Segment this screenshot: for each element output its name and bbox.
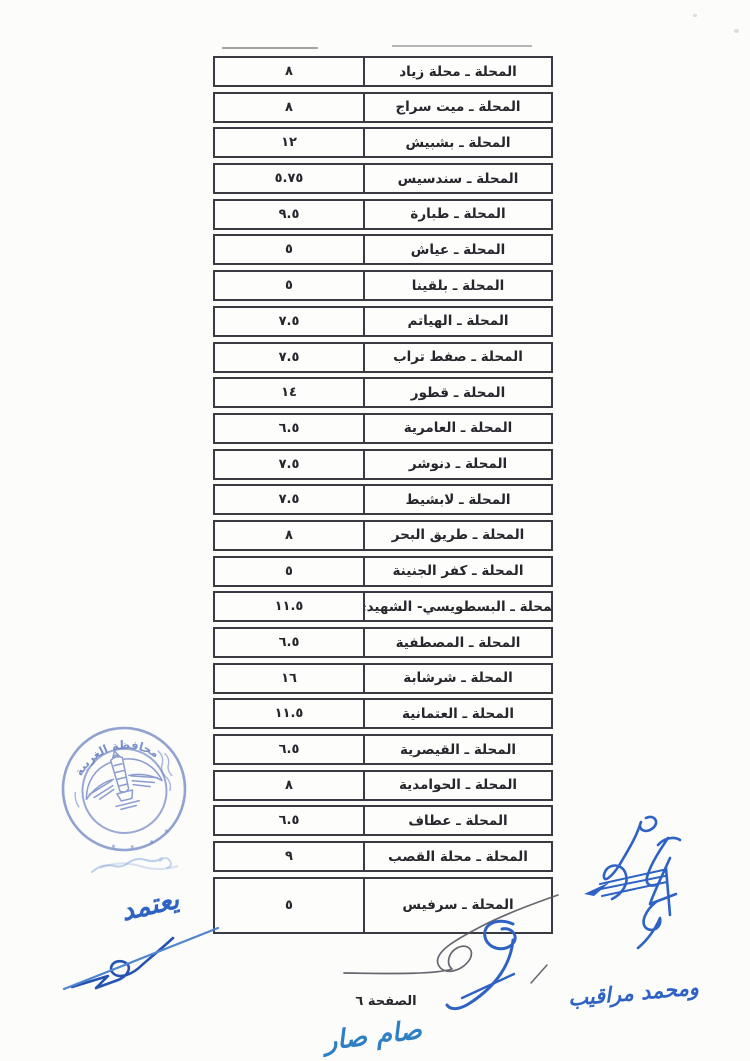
stamp-side-text-marks bbox=[69, 749, 176, 814]
signature-right bbox=[584, 817, 680, 948]
district-name: المحلة ـ بلقينا bbox=[365, 272, 551, 299]
scan-line-fragment bbox=[392, 45, 532, 47]
official-stamp: محافظة الغربية bbox=[50, 715, 198, 863]
district-value: ٨ bbox=[215, 522, 365, 549]
table-row: ١٢ المحلة ـ بشبيش bbox=[213, 127, 553, 158]
district-value: ٥ bbox=[215, 558, 365, 585]
district-name: المحلة ـ عياش bbox=[365, 236, 551, 263]
table-row: ٧.٥ المحلة ـ الهياتم bbox=[213, 306, 553, 337]
scan-speck bbox=[693, 14, 697, 17]
table-row: ٦.٥ المحلة ـ عطاف bbox=[213, 805, 553, 836]
district-value: ١٢ bbox=[215, 129, 365, 156]
table-row: ٦.٥ المحلة ـ العامرية bbox=[213, 413, 553, 444]
district-value: ٧.٥ bbox=[215, 344, 365, 371]
handwritten-bottom-note: صام صار bbox=[319, 1015, 425, 1057]
district-value: ١١.٥ bbox=[215, 593, 365, 620]
district-value: ٦.٥ bbox=[215, 415, 365, 442]
handwritten-approval: يعتمد bbox=[118, 884, 182, 927]
table-row: ٨ المحلة ـ محلة زياد bbox=[213, 56, 553, 87]
district-value: ٦.٥ bbox=[215, 629, 365, 656]
district-name: المحلة ـ محلة زياد bbox=[365, 58, 551, 85]
districts-table: ٨ المحلة ـ محلة زياد ٨ المحلة ـ ميت سراج… bbox=[213, 56, 553, 939]
scanned-document-page: ٨ المحلة ـ محلة زياد ٨ المحلة ـ ميت سراج… bbox=[0, 0, 750, 1061]
district-name: المحلة ـ كفر الجنينة bbox=[365, 558, 551, 585]
district-value: ٩.٥ bbox=[215, 201, 365, 228]
district-name: المحلة ـ القيصرية bbox=[365, 736, 551, 763]
district-name: المحلة ـ ميت سراج bbox=[365, 94, 551, 121]
district-name: المحلة ـ لابشيط bbox=[365, 486, 551, 513]
district-value: ٨ bbox=[215, 94, 365, 121]
district-value: ٦.٥ bbox=[215, 807, 365, 834]
district-name: المحلة ـ شرشابة bbox=[365, 665, 551, 692]
handwritten-name: ومحمد مراقيب bbox=[567, 975, 700, 1011]
table-row: ٧.٥ المحلة ـ دنوشر bbox=[213, 449, 553, 480]
district-name: المحلة ـ دنوشر bbox=[365, 451, 551, 478]
district-value: ٥ bbox=[215, 879, 365, 932]
district-value: ٨ bbox=[215, 58, 365, 85]
table-row: ٧.٥ المحلة ـ لابشيط bbox=[213, 484, 553, 515]
district-name: المحلة ـ بشبيش bbox=[365, 129, 551, 156]
district-name: المحلة ـ الحوامدية bbox=[365, 772, 551, 799]
table-row: ١١.٥ المحلة ـ العتمانية bbox=[213, 698, 553, 729]
table-row: ٧.٥ المحلة ـ صفط تراب bbox=[213, 342, 553, 373]
district-value: ٧.٥ bbox=[215, 308, 365, 335]
table-row: ١١.٥ المحلة ـ البسطويسي- الشهيدي bbox=[213, 591, 553, 622]
table-row: ٥ المحلة ـ عياش bbox=[213, 234, 553, 265]
district-name: المحلة ـ العتمانية bbox=[365, 700, 551, 727]
egypt-eagle-emblem-icon bbox=[77, 742, 167, 817]
district-name: المحلة ـ سندسيس bbox=[365, 165, 551, 192]
table-row: ١٤ المحلة ـ قطور bbox=[213, 377, 553, 408]
table-row: ٥ المحلة ـ بلقينا bbox=[213, 270, 553, 301]
stamp-arc-label: محافظة الغربية bbox=[67, 728, 165, 780]
district-name: المحلة ـ المصطفية bbox=[365, 629, 551, 656]
table-row: ٦.٥ المحلة ـ القيصرية bbox=[213, 734, 553, 765]
stamp-bottom-dots bbox=[111, 829, 170, 853]
district-value: ١٤ bbox=[215, 379, 365, 406]
district-name: المحلة ـ عطاف bbox=[365, 807, 551, 834]
table-row: ٩ المحلة ـ محلة القصب bbox=[213, 841, 553, 872]
table-row: ٥ المحلة ـ كفر الجنينة bbox=[213, 556, 553, 587]
table-row: ٩.٥ المحلة ـ طبارة bbox=[213, 199, 553, 230]
scan-line-fragment bbox=[222, 47, 318, 49]
page-number: الصفحة ٦ bbox=[346, 994, 426, 1009]
district-value: ٨ bbox=[215, 772, 365, 799]
district-value: ٧.٥ bbox=[215, 486, 365, 513]
district-name: المحلة ـ قطور bbox=[365, 379, 551, 406]
district-value: ١٦ bbox=[215, 665, 365, 692]
table-row: ١٦ المحلة ـ شرشابة bbox=[213, 663, 553, 694]
table-row: ٥.٧٥ المحلة ـ سندسيس bbox=[213, 163, 553, 194]
district-name: المحلة ـ الهياتم bbox=[365, 308, 551, 335]
district-value: ٦.٥ bbox=[215, 736, 365, 763]
district-value: ٩ bbox=[215, 843, 365, 870]
district-name: المحلة ـ صفط تراب bbox=[365, 344, 551, 371]
district-value: ٥ bbox=[215, 236, 365, 263]
district-value: ٧.٥ bbox=[215, 451, 365, 478]
table-row: ٦.٥ المحلة ـ المصطفية bbox=[213, 627, 553, 658]
district-name: المحلة ـ طريق البحر bbox=[365, 522, 551, 549]
table-row: ٨ المحلة ـ ميت سراج bbox=[213, 92, 553, 123]
table-row: ٨ المحلة ـ طريق البحر bbox=[213, 520, 553, 551]
district-name: المحلة ـ البسطويسي- الشهيدي bbox=[365, 593, 551, 620]
signature-left: يعتمد bbox=[64, 858, 218, 989]
district-name: المحلة ـ محلة القصب bbox=[365, 843, 551, 870]
district-value: ١١.٥ bbox=[215, 700, 365, 727]
faint-ink-smudge bbox=[100, 863, 178, 869]
district-value: ٥.٧٥ bbox=[215, 165, 365, 192]
table-row: ٨ المحلة ـ الحوامدية bbox=[213, 770, 553, 801]
district-name: المحلة ـ سرفيس bbox=[365, 879, 551, 932]
district-value: ٥ bbox=[215, 272, 365, 299]
scan-speck bbox=[734, 29, 739, 33]
table-row: ٥ المحلة ـ سرفيس bbox=[213, 877, 553, 934]
district-name: المحلة ـ العامرية bbox=[365, 415, 551, 442]
district-name: المحلة ـ طبارة bbox=[365, 201, 551, 228]
